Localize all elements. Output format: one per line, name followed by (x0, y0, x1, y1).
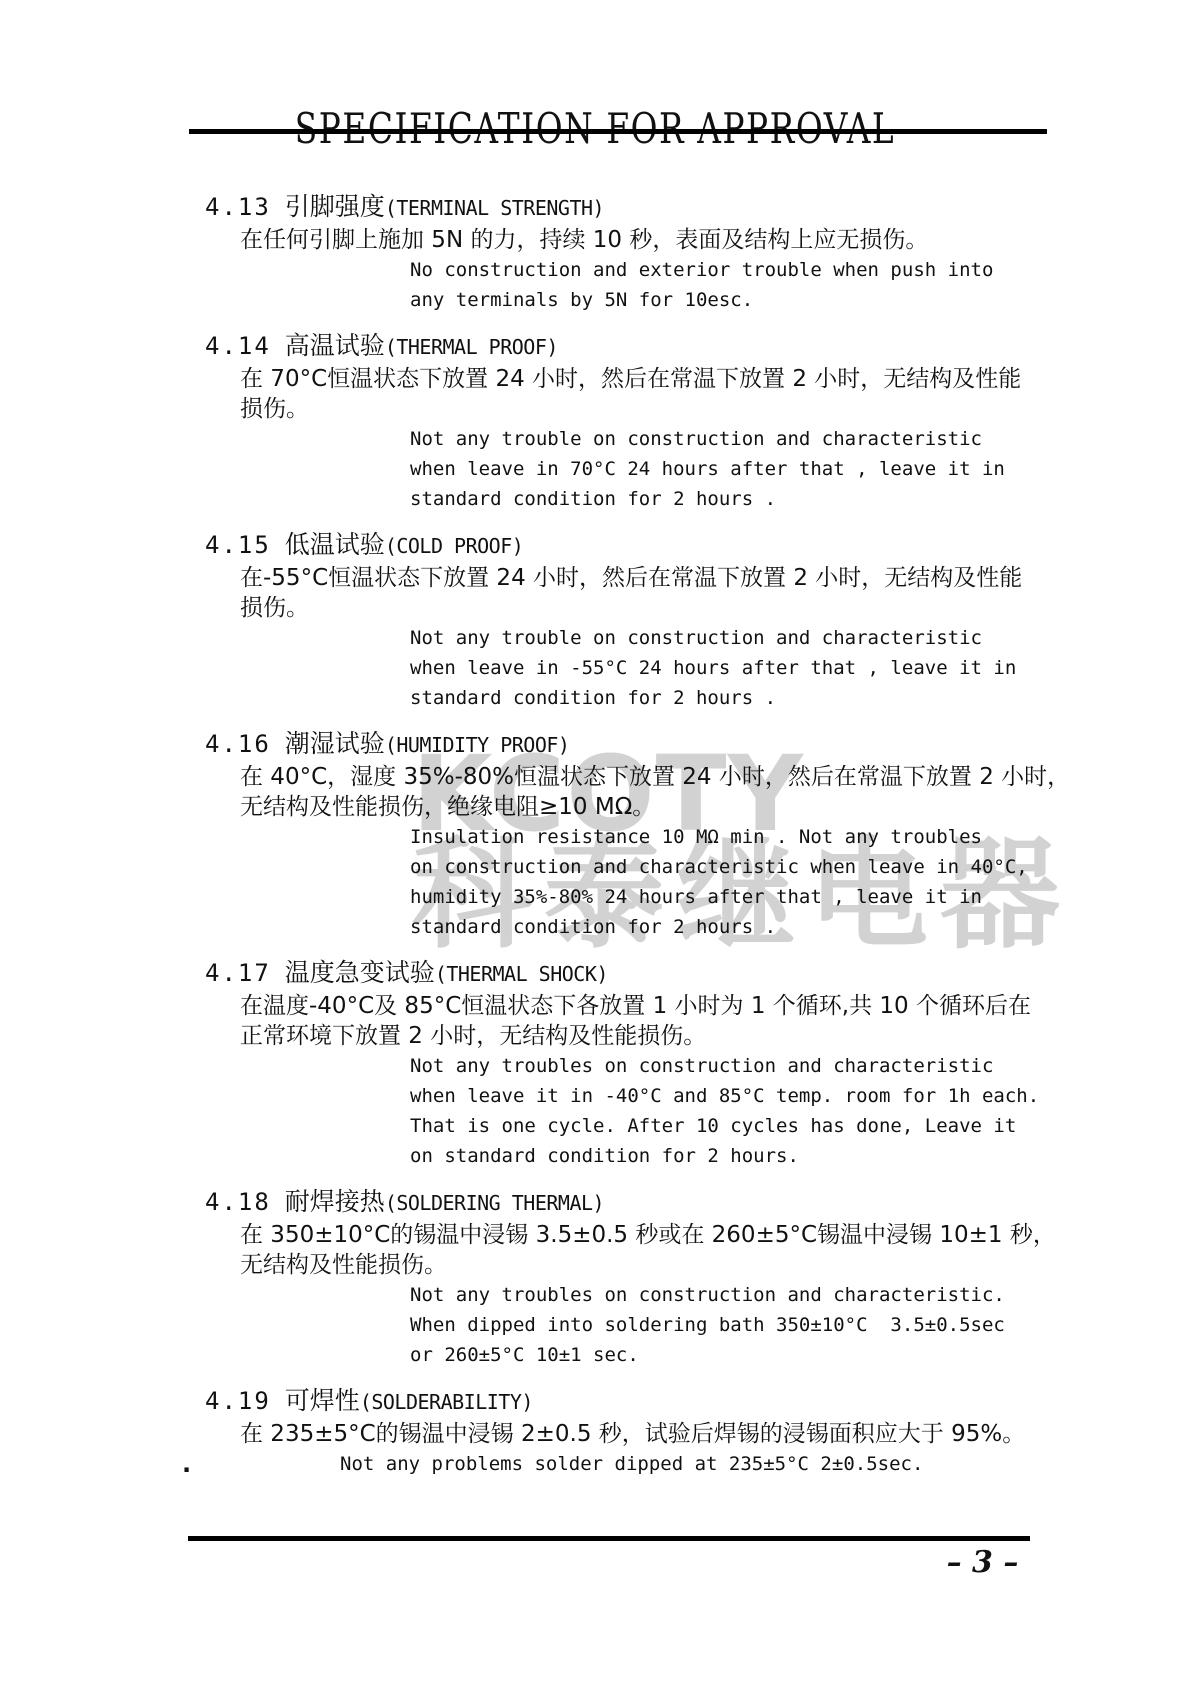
section-title-cn: 低温试验 (285, 530, 385, 559)
spec-section: 4.18耐焊接热(SOLDERING THERMAL) 在 350±10°C的锡… (205, 1187, 1085, 1370)
chinese-line: 在 350±10°C的锡温中浸锡 3.5±0.5 秒或在 260±5°C锡温中浸… (240, 1220, 1085, 1250)
chinese-line: 无结构及性能损伤，绝缘电阻≥10 MΩ。 (240, 792, 1085, 822)
english-line: when leave in -55°C 24 hours after that … (410, 653, 1085, 683)
english-line: on standard condition for 2 hours. (410, 1141, 1085, 1171)
chinese-line: 无结构及性能损伤。 (240, 1250, 1085, 1280)
english-line: Not any trouble on construction and char… (410, 623, 1085, 653)
chinese-line: 在任何引脚上施加 5N 的力，持续 10 秒，表面及结构上应无损伤。 (240, 225, 1085, 255)
chinese-description: 在温度-40°C及 85°C恒温状态下各放置 1 小时为 1 个循环,共 10 … (205, 991, 1085, 1051)
chinese-line: 损伤。 (240, 394, 1085, 424)
spec-section: 4.16潮湿试验(HUMIDITY PROOF) 在 40°C，湿度 35%-8… (205, 729, 1085, 942)
section-heading: 4.15低温试验(COLD PROOF) (205, 530, 1085, 563)
english-line: standard condition for 2 hours . (410, 912, 1085, 942)
english-line: on construction and characteristic when … (410, 852, 1085, 882)
section-title-cn: 高温试验 (285, 331, 385, 360)
english-line: when leave in 70°C 24 hours after that ,… (410, 454, 1085, 484)
section-title-en: (TERMINAL STRENGTH) (385, 196, 604, 220)
section-title-cn: 引脚强度 (285, 192, 385, 221)
chinese-line: 在温度-40°C及 85°C恒温状态下各放置 1 小时为 1 个循环,共 10 … (240, 991, 1085, 1021)
document-page: SPECIFICATION FOR APPROVAL KCOTY 科泰继电器 4… (0, 0, 1190, 1683)
chinese-line: 在-55°C恒温状态下放置 24 小时，然后在常温下放置 2 小时，无结构及性能 (240, 563, 1085, 593)
english-line: Insulation resistance 10 MΩ min . Not an… (410, 822, 1085, 852)
section-number: 4.14 (205, 332, 271, 360)
english-description: No construction and exterior trouble whe… (205, 255, 1085, 315)
english-description: Not any trouble on construction and char… (205, 424, 1085, 514)
english-description: Not any troubles on construction and cha… (205, 1280, 1085, 1370)
section-title-en: (THERMAL SHOCK) (435, 962, 608, 986)
english-line: or 260±5°C 10±1 sec. (410, 1340, 1085, 1370)
english-line: any terminals by 5N for 10esc. (410, 285, 1085, 315)
chinese-line: 在 235±5°C的锡温中浸锡 2±0.5 秒，试验后焊锡的浸锡面积应大于 95… (240, 1419, 1085, 1449)
section-number: 4.15 (205, 531, 271, 559)
chinese-line: 正常环境下放置 2 小时，无结构及性能损伤。 (240, 1021, 1085, 1051)
english-line: humidity 35%-80% 24 hours after that , l… (410, 882, 1085, 912)
spec-section: 4.15低温试验(COLD PROOF) 在-55°C恒温状态下放置 24 小时… (205, 530, 1085, 713)
english-line: That is one cycle. After 10 cycles has d… (410, 1111, 1085, 1141)
english-line: Not any trouble on construction and char… (410, 424, 1085, 454)
section-title-cn: 耐焊接热 (285, 1187, 385, 1216)
english-line: Not any troubles on construction and cha… (410, 1051, 1085, 1081)
english-line: When dipped into soldering bath 350±10°C… (410, 1310, 1085, 1340)
section-title-en: (SOLDERABILITY) (360, 1390, 533, 1414)
section-title-en: (SOLDERING THERMAL) (385, 1191, 604, 1215)
section-heading: 4.13引脚强度(TERMINAL STRENGTH) (205, 192, 1085, 225)
section-title-en: (HUMIDITY PROOF) (385, 733, 570, 757)
chinese-line: 在 40°C，湿度 35%-80%恒温状态下放置 24 小时，然后在常温下放置 … (240, 762, 1085, 792)
section-heading: 4.18耐焊接热(SOLDERING THERMAL) (205, 1187, 1085, 1220)
section-number: 4.17 (205, 959, 271, 987)
section-heading: 4.19可焊性(SOLDERABILITY) (205, 1386, 1085, 1419)
section-number: 4.18 (205, 1188, 271, 1216)
section-number: 4.16 (205, 730, 271, 758)
english-line: when leave it in -40°C and 85°C temp. ro… (410, 1081, 1085, 1111)
chinese-line: 在 70°C恒温状态下放置 24 小时，然后在常温下放置 2 小时，无结构及性能 (240, 364, 1085, 394)
chinese-description: 在任何引脚上施加 5N 的力，持续 10 秒，表面及结构上应无损伤。 (205, 225, 1085, 255)
spec-section: 4.14高温试验(THERMAL PROOF) 在 70°C恒温状态下放置 24… (205, 331, 1085, 514)
english-line: No construction and exterior trouble whe… (410, 255, 1085, 285)
section-title-cn: 温度急变试验 (285, 958, 435, 987)
english-description: Not any troubles on construction and cha… (205, 1051, 1085, 1171)
english-line: standard condition for 2 hours . (410, 484, 1085, 514)
section-title-en: (THERMAL PROOF) (385, 335, 558, 359)
spec-section: 4.13引脚强度(TERMINAL STRENGTH) 在任何引脚上施加 5N … (205, 192, 1085, 315)
section-heading: 4.14高温试验(THERMAL PROOF) (205, 331, 1085, 364)
chinese-description: 在 70°C恒温状态下放置 24 小时，然后在常温下放置 2 小时，无结构及性能… (205, 364, 1085, 424)
section-title-cn: 可焊性 (285, 1386, 360, 1415)
footer-rule (188, 1536, 1030, 1541)
chinese-line: 损伤。 (240, 593, 1085, 623)
english-line: Not any problems solder dipped at 235±5°… (340, 1449, 1085, 1479)
english-description: Insulation resistance 10 MΩ min . Not an… (205, 822, 1085, 942)
page-number: – 3 – (925, 1546, 1040, 1579)
chinese-description: 在 235±5°C的锡温中浸锡 2±0.5 秒，试验后焊锡的浸锡面积应大于 95… (205, 1419, 1085, 1449)
title-rule (189, 129, 1047, 134)
section-title-cn: 潮湿试验 (285, 729, 385, 758)
chinese-description: 在 350±10°C的锡温中浸锡 3.5±0.5 秒或在 260±5°C锡温中浸… (205, 1220, 1085, 1280)
spec-sections: 4.13引脚强度(TERMINAL STRENGTH) 在任何引脚上施加 5N … (205, 192, 1085, 1479)
section-number: 4.13 (205, 193, 271, 221)
section-heading: 4.17温度急变试验(THERMAL SHOCK) (205, 958, 1085, 991)
section-title-en: (COLD PROOF) (385, 534, 524, 558)
spec-section: 4.19可焊性(SOLDERABILITY) 在 235±5°C的锡温中浸锡 2… (205, 1386, 1085, 1479)
spec-section: 4.17温度急变试验(THERMAL SHOCK) 在温度-40°C及 85°C… (205, 958, 1085, 1171)
section-heading: 4.16潮湿试验(HUMIDITY PROOF) (205, 729, 1085, 762)
english-description: Not any trouble on construction and char… (205, 623, 1085, 713)
chinese-description: 在 40°C，湿度 35%-80%恒温状态下放置 24 小时，然后在常温下放置 … (205, 762, 1085, 822)
english-line: standard condition for 2 hours . (410, 683, 1085, 713)
english-line: Not any troubles on construction and cha… (410, 1280, 1085, 1310)
chinese-description: 在-55°C恒温状态下放置 24 小时，然后在常温下放置 2 小时，无结构及性能… (205, 563, 1085, 623)
stray-dot-mark: . (182, 1450, 191, 1478)
section-number: 4.19 (205, 1387, 271, 1415)
english-description: Not any problems solder dipped at 235±5°… (205, 1449, 1085, 1479)
